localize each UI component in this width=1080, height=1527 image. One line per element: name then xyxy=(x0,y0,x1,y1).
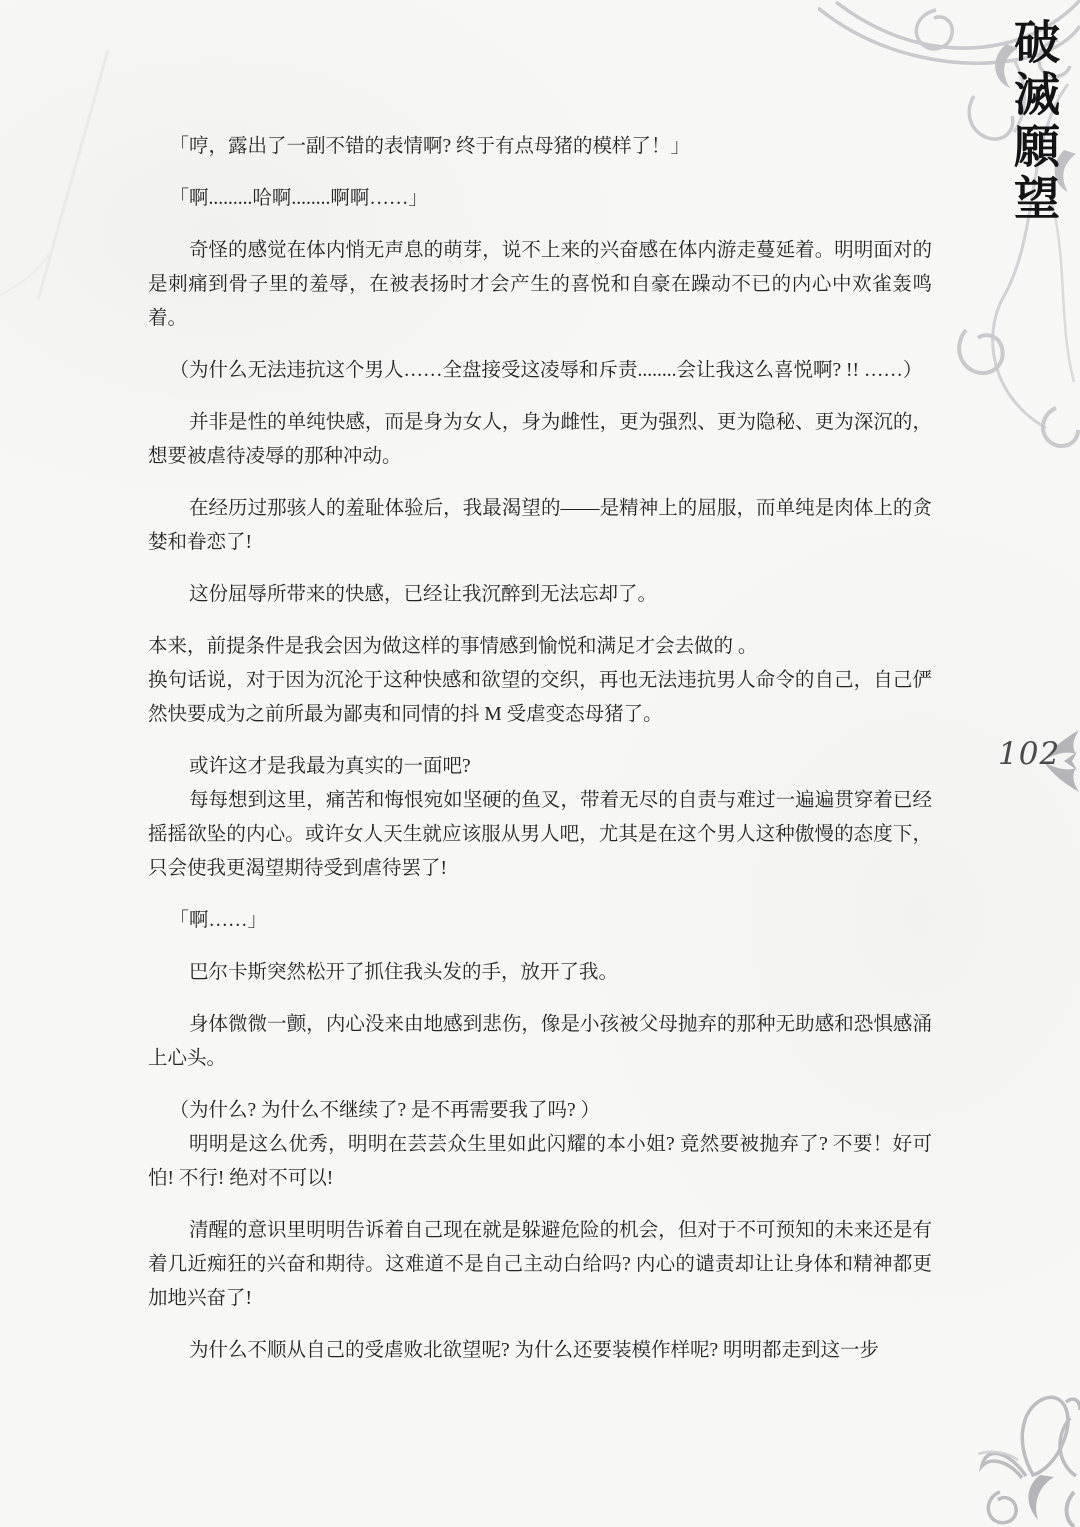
bottom-right-floral-icon xyxy=(978,1380,1080,1527)
page-number: 102 xyxy=(998,736,1060,772)
paragraph: 这份屈辱所带来的快感，已经让我沉醉到无法忘却了。 xyxy=(148,578,932,612)
paragraph: 巴尔卡斯突然松开了抓住我头发的手，放开了我。 xyxy=(148,956,932,990)
paragraph: 身体微微一颤，内心没来由地感到悲伤，像是小孩被父母抛弃的那种无助感和恐惧感涌上心… xyxy=(148,1008,932,1076)
paragraph: 清醒的意识里明明告诉着自己现在就是躲避危险的机会，但对于不可预知的未来还是有着几… xyxy=(148,1214,932,1316)
body-text: 「哼，露出了一副不错的表情啊? 终于有点母猪的模样了！」 「啊.........… xyxy=(148,130,932,1368)
paragraph: 在经历过那骇人的羞耻体验后，我最渴望的——是精神上的屈服，而单纯是肉体上的贪婪和… xyxy=(148,492,932,560)
paragraph: 每每想到这里，痛苦和悔恨宛如坚硬的鱼叉，带着无尽的自责与难过一遍遍贯穿着已经摇摇… xyxy=(148,784,932,886)
quote-line: 「啊.........哈啊........啊啊……」 xyxy=(148,182,932,216)
paragraph: 奇怪的感觉在体内悄无声息的萌芽，说不上来的兴奋感在体内游走蔓延着。明明面对的是刺… xyxy=(148,234,932,336)
quote-line: 「啊……」 xyxy=(148,904,932,938)
paragraph: 或许这才是我最为真实的一面吧? xyxy=(148,750,932,784)
paragraph: 明明是这么优秀，明明在芸芸众生里如此闪耀的本小姐? 竟然要被抛弃了? 不要！好可… xyxy=(148,1128,932,1196)
paragraph: 本来，前提条件是我会因为做这样的事情感到愉悦和满足才会去做的 。 xyxy=(148,630,932,664)
thought-line: （为什么? 为什么不继续了? 是不再需要我了吗? ） xyxy=(148,1094,932,1128)
book-page: 破滅願望 102 「哼，露出了一副不错的表情啊? 终于有点母猪的模样了！」 「啊… xyxy=(0,0,1080,1527)
quote-line: 「哼，露出了一副不错的表情啊? 终于有点母猪的模样了！」 xyxy=(148,130,932,164)
thought-line: （为什么无法违抗这个男人……全盘接受这凌辱和斥责........会让我这么喜悦啊… xyxy=(148,354,932,388)
paragraph: 换句话说，对于因为沉沦于这种快感和欲望的交织，再也无法违抗男人命令的自己，自己俨… xyxy=(148,664,932,732)
paragraph: 为什么不顺从自己的受虐败北欲望呢? 为什么还要装模作样呢? 明明都走到这一步 xyxy=(148,1334,932,1368)
book-title-vertical: 破滅願望 xyxy=(1004,18,1062,226)
paragraph: 并非是性的单纯快感，而是身为女人，身为雌性，更为强烈、更为隐秘、更为深沉的，想要… xyxy=(148,406,932,474)
